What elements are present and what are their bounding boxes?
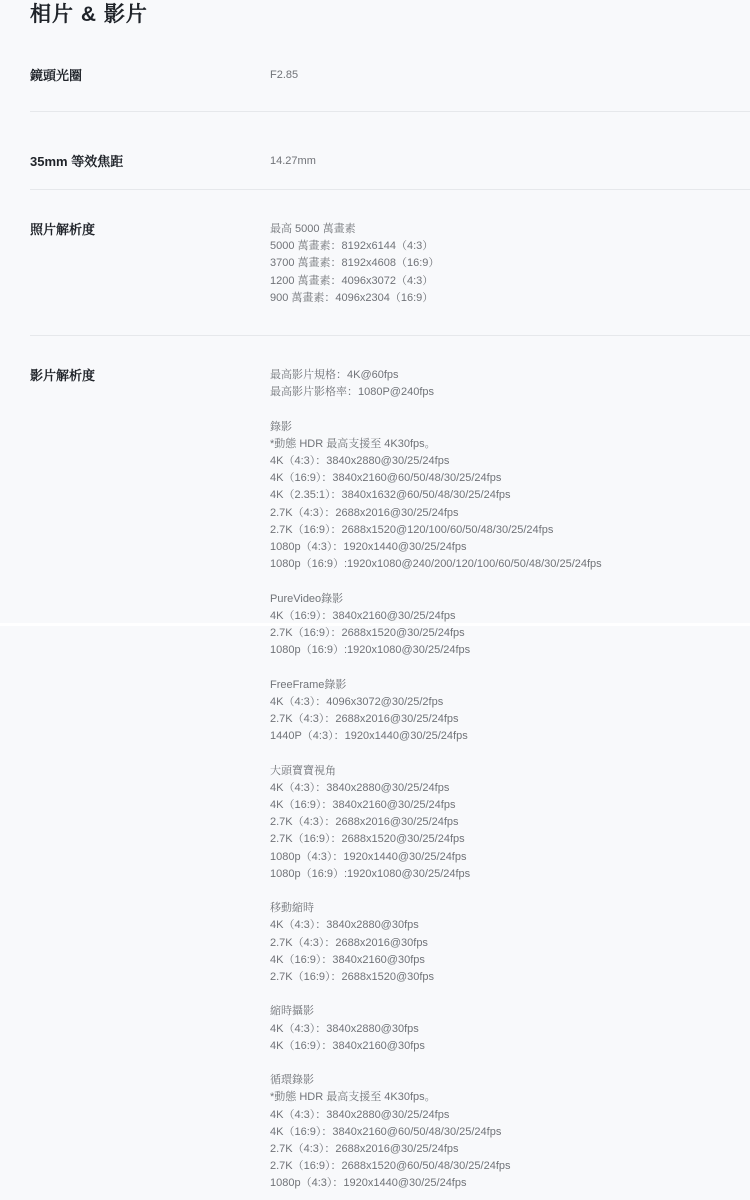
- spec-value: 最高 5000 萬畫素 5000 萬畫素：8192x6144（4:3） 3700…: [270, 221, 750, 335]
- spec-line: *動態 HDR 最高支援至 4K30fps。: [270, 436, 750, 453]
- spec-line: 4K（4:3）：3840x2880@30fps: [270, 917, 750, 934]
- spacer: [270, 1055, 750, 1072]
- spec-line: 2.7K（16:9）：2688x1520@120/100/60/50/48/30…: [270, 522, 750, 539]
- spec-value: 14.27mm: [270, 153, 750, 189]
- spec-label: 鏡頭光圈: [30, 67, 270, 111]
- spec-line: 4K（4:3）：3840x2880@30/25/24fps: [270, 453, 750, 470]
- spec-line: 4K（4:3）：4096x3072@30/25/2fps: [270, 694, 750, 711]
- spec-line: 2.7K（16:9）：2688x1520@60/50/48/30/25/24fp…: [270, 1158, 750, 1175]
- spacer: [270, 883, 750, 900]
- spec-line: 4K（16:9）：3840x2160@30/25/24fps: [270, 797, 750, 814]
- spec-line: 1080p（4:3）：1920x1440@30/25/24fps: [270, 1175, 750, 1192]
- spec-value: F2.85: [270, 67, 750, 111]
- spec-line: 4K（16:9）：3840x2160@30fps: [270, 1038, 750, 1055]
- spec-line: 2.7K（4:3）：2688x2016@30/25/24fps: [270, 711, 750, 728]
- video-group-title: 縮時攝影: [270, 1003, 750, 1020]
- video-group-title: 移動縮時: [270, 900, 750, 917]
- spec-line: 4K（16:9）：3840x2160@60/50/48/30/25/24fps: [270, 1124, 750, 1141]
- spec-row-video-resolution: 影片解析度 最高影片規格：4K@60fps 最高影片影格率：1080P@240f…: [30, 336, 750, 1193]
- spec-line: 900 萬畫素：4096x2304（16:9）: [270, 290, 750, 307]
- spec-line: 1080p（16:9）:1920x1080@30/25/24fps: [270, 642, 750, 659]
- spec-line: 1080p（16:9）:1920x1080@240/200/120/100/60…: [270, 556, 750, 573]
- spacer: [270, 401, 750, 418]
- spec-line: 2.7K（16:9）：2688x1520@30/25/24fps: [270, 625, 750, 642]
- spec-line: 4K（16:9）：3840x2160@30fps: [270, 952, 750, 969]
- spec-line: 最高影片規格：4K@60fps: [270, 367, 750, 384]
- spec-line: 1080p（4:3）：1920x1440@30/25/24fps: [270, 539, 750, 556]
- video-group-title: FreeFrame錄影: [270, 677, 750, 694]
- spec-line: 2.7K（16:9）：2688x1520@30/25/24fps: [270, 831, 750, 848]
- spec-line: 3700 萬畫素：8192x4608（16:9）: [270, 255, 750, 272]
- spec-row-photo-resolution: 照片解析度 最高 5000 萬畫素 5000 萬畫素：8192x6144（4:3…: [30, 190, 750, 336]
- spec-line: 2.7K（16:9）：2688x1520@30fps: [270, 969, 750, 986]
- spacer: [270, 745, 750, 762]
- spacer: [270, 573, 750, 590]
- spacer: [270, 986, 750, 1003]
- video-group-title: 錄影: [270, 419, 750, 436]
- spec-row-focal-length: 35mm 等效焦距 14.27mm: [30, 112, 750, 190]
- video-group-title: PureVideo錄影: [270, 591, 750, 608]
- spec-line: 4K（2.35:1）：3840x1632@60/50/48/30/25/24fp…: [270, 487, 750, 504]
- spec-line: 2.7K（4:3）：2688x2016@30fps: [270, 935, 750, 952]
- spec-line: 1080p（16:9）:1920x1080@30/25/24fps: [270, 866, 750, 883]
- video-group-title: 大頭寶寶視角: [270, 763, 750, 780]
- spec-line: 4K（4:3）：3840x2880@30fps: [270, 1021, 750, 1038]
- spec-line: 5000 萬畫素：8192x6144（4:3）: [270, 238, 750, 255]
- spec-line: 4K（16:9）：3840x2160@60/50/48/30/25/24fps: [270, 470, 750, 487]
- spec-label: 35mm 等效焦距: [30, 153, 270, 189]
- section-title: 相片 & 影片: [30, 0, 750, 31]
- specs-page: 相片 & 影片 鏡頭光圈 F2.85 35mm 等效焦距 14.27mm 照片解…: [0, 0, 750, 1193]
- spec-line: 2.7K（4:3）：2688x2016@30/25/24fps: [270, 505, 750, 522]
- spec-line: 1440P（4:3）：1920x1440@30/25/24fps: [270, 728, 750, 745]
- spec-line: 4K（4:3）：3840x2880@30/25/24fps: [270, 1107, 750, 1124]
- spec-line: 最高影片影格率：1080P@240fps: [270, 384, 750, 401]
- spec-line: 1200 萬畫素：4096x3072（4:3）: [270, 273, 750, 290]
- spec-line: *動態 HDR 最高支援至 4K30fps。: [270, 1089, 750, 1106]
- spec-value: 最高影片規格：4K@60fps 最高影片影格率：1080P@240fps 錄影*…: [270, 367, 750, 1193]
- spec-label: 影片解析度: [30, 367, 270, 1193]
- video-group-title: 循環錄影: [270, 1072, 750, 1089]
- spec-line: 4K（16:9）：3840x2160@30/25/24fps: [270, 608, 750, 625]
- spacer: [270, 659, 750, 676]
- spec-line: 2.7K（4:3）：2688x2016@30/25/24fps: [270, 814, 750, 831]
- spec-line: 4K（4:3）：3840x2880@30/25/24fps: [270, 780, 750, 797]
- spec-line: 最高 5000 萬畫素: [270, 221, 750, 238]
- spec-row-aperture: 鏡頭光圈 F2.85: [30, 31, 750, 112]
- spec-label: 照片解析度: [30, 221, 270, 335]
- spec-line: 1080p（4:3）：1920x1440@30/25/24fps: [270, 849, 750, 866]
- spec-line: 2.7K（4:3）：2688x2016@30/25/24fps: [270, 1141, 750, 1158]
